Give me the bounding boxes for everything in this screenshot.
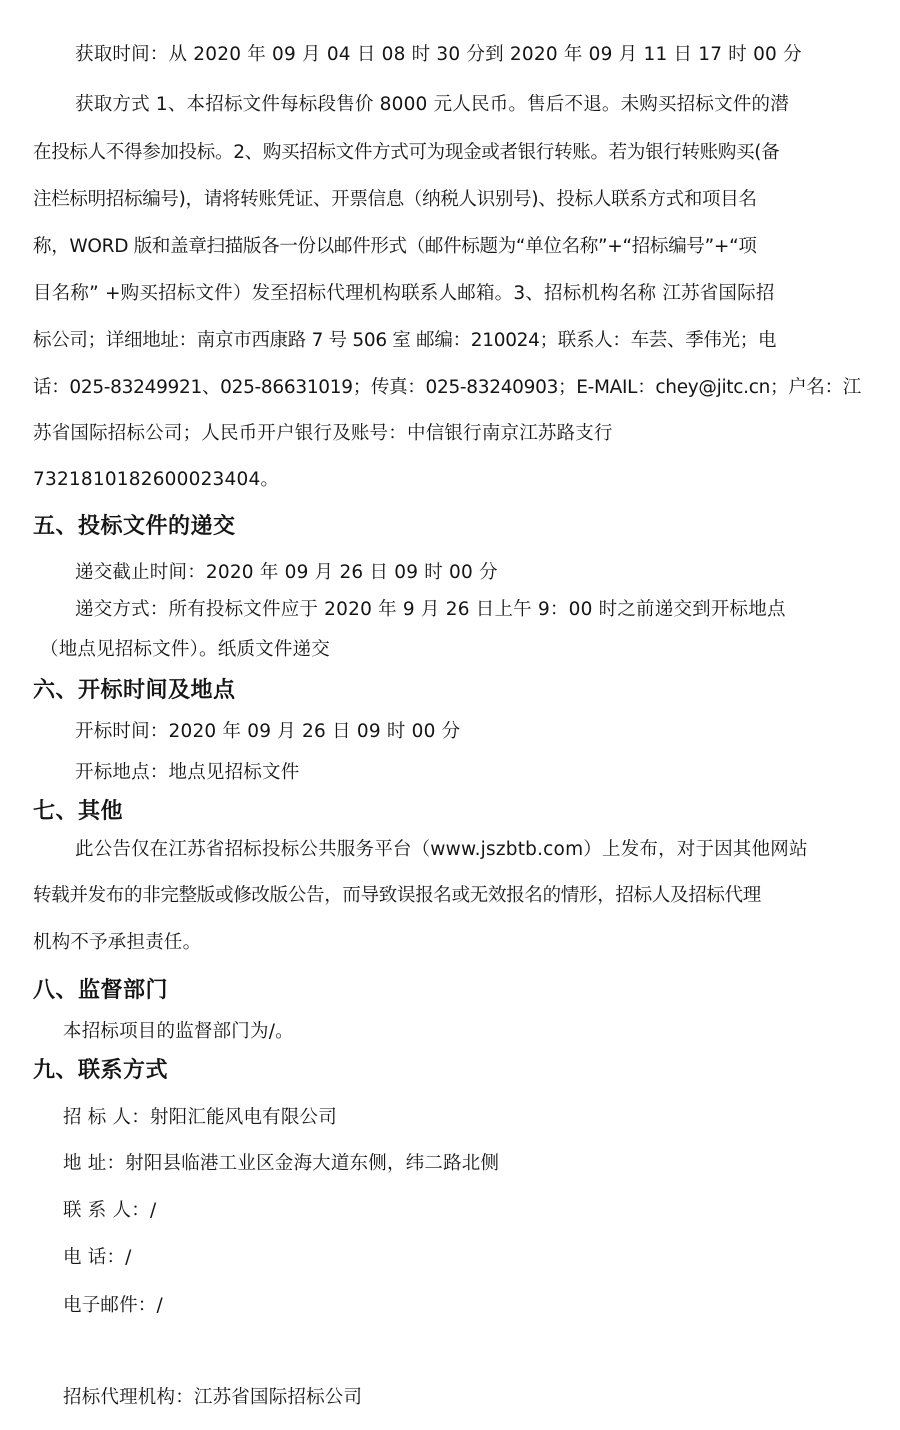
submission-method-line-1: 递交方式：所有投标文件应于 2020 年 9 月 26 日上午 9：00 时之前… <box>75 597 786 623</box>
acquire-method-line-3: 注栏标明招标编号)，请将转账凭证、开票信息（纳税人识别号)、投标人联系方式和项目… <box>33 187 757 213</box>
section-heading-other: 七、其他 <box>33 797 123 827</box>
section-heading-submission: 五、投标文件的递交 <box>33 512 236 542</box>
acquire-method-line-4: 称，WORD 版和盖章扫描版各一份以邮件形式（邮件标题为“单位名称”+“招标编号… <box>33 234 757 260</box>
acquire-method-line-7: 话：025-83249921、025-86631019；传真：025-83240… <box>33 375 861 401</box>
supervision-text: 本招标项目的监督部门为/。 <box>63 1019 294 1045</box>
acquire-method-line-6: 标公司；详细地址：南京市西康路 7 号 506 室 邮编：210024；联系人：… <box>33 328 776 354</box>
document-page: 获取时间：从 2020 年 09 月 04 日 08 时 30 分到 2020 … <box>0 0 900 1430</box>
contact-person: 联 系 人：/ <box>63 1198 156 1224</box>
acquire-method-line-8: 苏省国际招标公司；人民币开户银行及账号：中信银行南京江苏路支行 <box>33 421 613 447</box>
other-line-2: 转载并发布的非完整版或修改版公告，而导致误报名或无效报名的情形，招标人及招标代理 <box>33 883 761 909</box>
contact-email: 电子邮件：/ <box>63 1293 163 1319</box>
acquire-method-line-1: 获取方式 1、本招标文件每标段售价 8000 元人民币。售后不退。未购买招标文件… <box>75 92 789 118</box>
section-heading-contact: 九、联系方式 <box>33 1056 168 1086</box>
section-heading-supervision: 八、监督部门 <box>33 976 168 1006</box>
section-heading-opening: 六、开标时间及地点 <box>33 676 236 706</box>
submission-method-line-2: （地点见招标文件）。纸质文件递交 <box>40 637 330 663</box>
submission-deadline: 递交截止时间：2020 年 09 月 26 日 09 时 00 分 <box>75 560 498 586</box>
contact-phone: 电 话：/ <box>63 1245 132 1271</box>
opening-place: 开标地点：地点见招标文件 <box>75 760 299 786</box>
opening-time: 开标时间：2020 年 09 月 26 日 09 时 00 分 <box>75 719 460 745</box>
contact-tenderer: 招 标 人：射阳汇能风电有限公司 <box>63 1105 337 1131</box>
contact-agency: 招标代理机构：江苏省国际招标公司 <box>63 1385 362 1411</box>
contact-address: 地 址：射阳县临港工业区金海大道东侧，纬二路北侧 <box>63 1151 499 1177</box>
acquire-method-line-2: 在投标人不得参加投标。2、购买招标文件方式可为现金或者银行转账。若为银行转账购买… <box>33 140 779 166</box>
other-line-3: 机构不予承担责任。 <box>33 930 201 956</box>
acquire-method-line-5: 目名称” +购买招标文件）发至招标代理机构联系人邮箱。3、招标机构名称 江苏省国… <box>33 281 775 307</box>
acquire-time: 获取时间：从 2020 年 09 月 04 日 08 时 30 分到 2020 … <box>75 42 802 68</box>
other-line-1: 此公告仅在江苏省招标投标公共服务平台（www.jszbtb.com）上发布，对于… <box>75 837 808 863</box>
acquire-method-line-9: 7321810182600023404。 <box>33 467 279 493</box>
